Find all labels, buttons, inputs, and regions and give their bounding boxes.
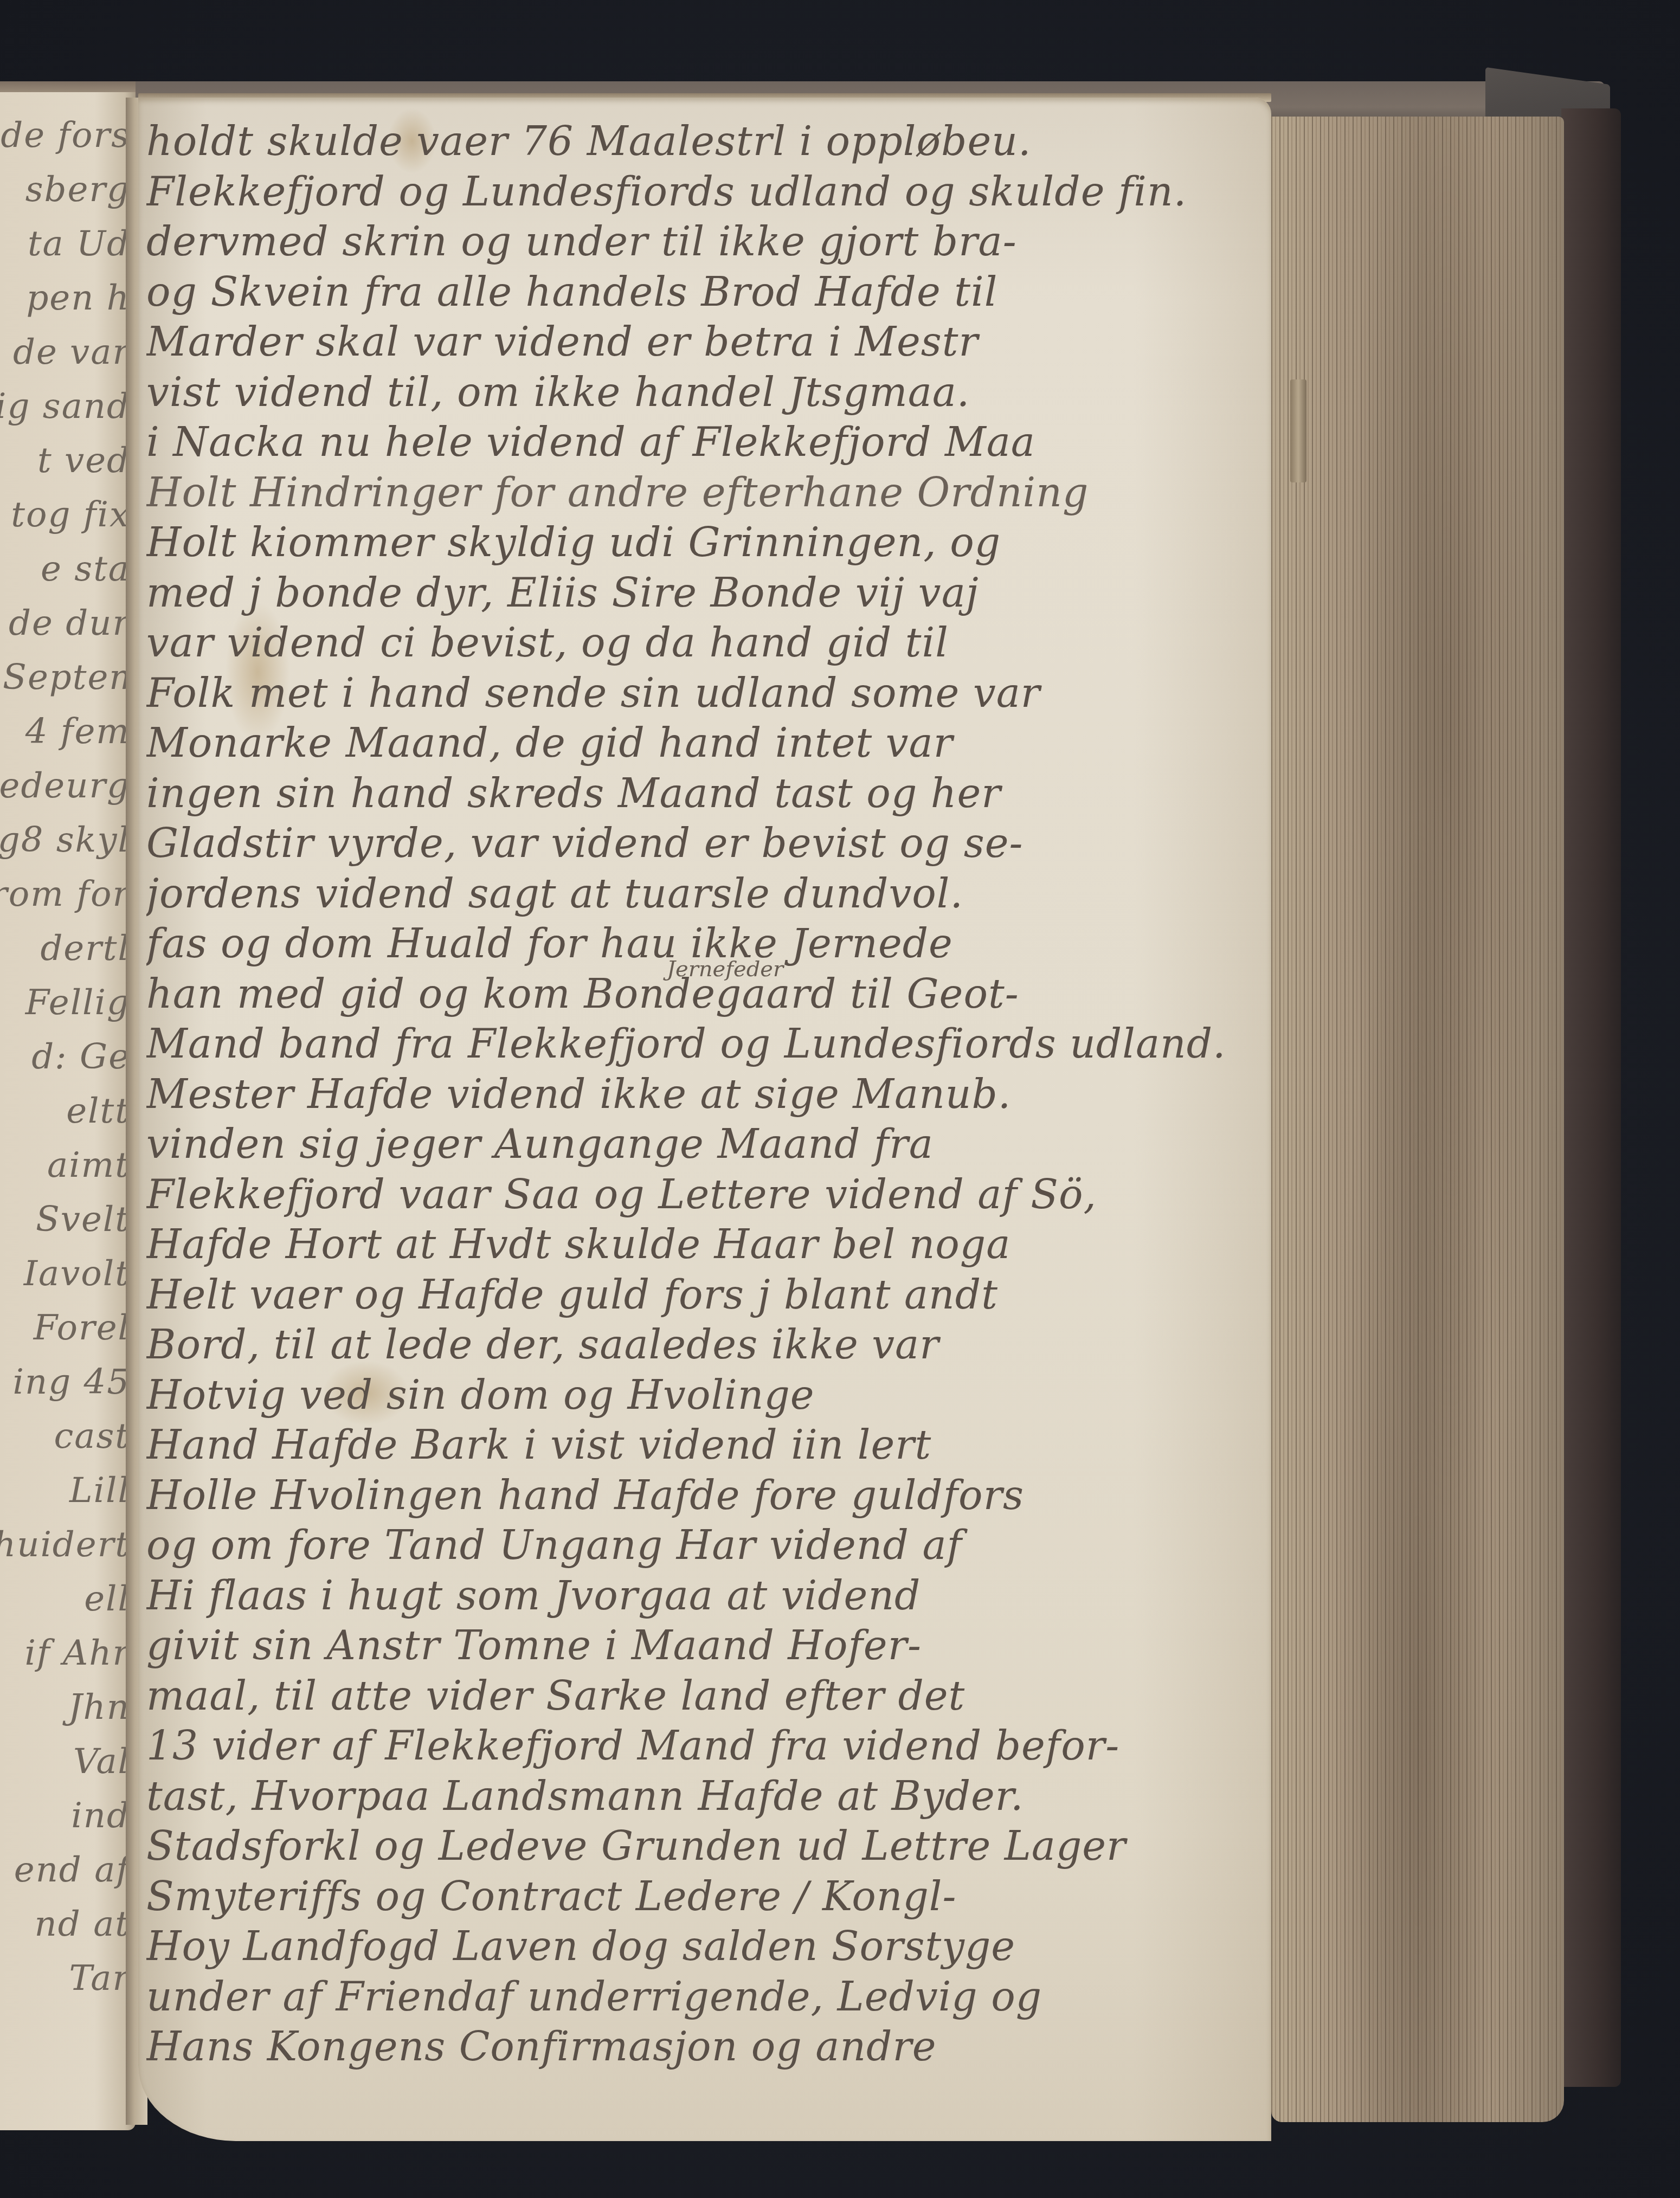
manuscript-line: under af Friendaf underrigende, Ledvig o… xyxy=(146,1972,1263,2022)
left-page-text: ede fors sberg ta Ud pen h de var ig san… xyxy=(0,108,130,2103)
left-line: de dur xyxy=(0,596,130,650)
manuscript-line: med j bonde dyr, Eliis Sire Bonde vij va… xyxy=(146,568,1263,618)
left-line: Iavolt xyxy=(0,1247,130,1301)
manuscript-line: maal, til atte vider Sarke land efter de… xyxy=(146,1671,1263,1722)
left-line: nd at xyxy=(0,1897,130,1951)
manuscript-line: vinden sig jeger Aungange Maand fra xyxy=(146,1119,1263,1170)
manuscript-line: ingen sin hand skreds Maand tast og her xyxy=(146,769,1263,819)
page-fore-edge xyxy=(1271,117,1564,2122)
manuscript-line: vist vidend til, om ikke handel Jtsgmaa. xyxy=(146,368,1263,418)
manuscript-line: Hotvig ved sin dom og Hvolinge xyxy=(146,1370,1263,1421)
left-line: Lill xyxy=(0,1464,130,1518)
left-line: Tar xyxy=(0,1951,130,2006)
manuscript-line: Folk met i hand sende sin udland some va… xyxy=(146,668,1263,719)
left-line: if Ahr xyxy=(0,1626,130,1680)
left-line: ind xyxy=(0,1789,130,1843)
manuscript-line: Holt Hindringer for andre efterhane Ordn… xyxy=(146,468,1263,518)
bookmark-tab xyxy=(1290,379,1306,482)
manuscript-line: Smyteriffs og Contract Ledere / Kongl- xyxy=(146,1872,1263,1922)
left-line: ig sand xyxy=(0,379,130,434)
left-line: ir tog fix xyxy=(0,488,130,542)
left-line: dertl xyxy=(0,921,130,976)
book-cover-side xyxy=(1561,108,1621,2087)
manuscript-line: og om fore Tand Ungang Har vidend af xyxy=(146,1520,1263,1571)
left-line: ta Ud xyxy=(0,217,130,271)
manuscript-line: Hand Hafde Bark i vist vidend iin lert xyxy=(146,1420,1263,1471)
left-line: ing 45 xyxy=(0,1355,130,1409)
left-line: pen h xyxy=(0,271,130,325)
manuscript-line: Hi flaas i hugt som Jvorgaa at vidend xyxy=(146,1571,1263,1621)
left-line: g8 skyl xyxy=(0,813,130,867)
manuscript-line: og Skvein fra alle handels Brod Hafde ti… xyxy=(146,267,1263,318)
manuscript-line: givit sin Anstr Tomne i Maand Hofer- xyxy=(146,1621,1263,1671)
manuscript-line: Holle Hvolingen hand Hafde fore guldfors xyxy=(146,1471,1263,1521)
left-line: Forel xyxy=(0,1301,130,1355)
left-line: Jhn xyxy=(0,1680,130,1735)
manuscript-line: Marder skal var vidend er betra i Mestr xyxy=(146,317,1263,368)
manuscript-line: Helt vaer og Hafde guld fors j blant and… xyxy=(146,1270,1263,1320)
left-line: Val xyxy=(0,1735,130,1789)
manuscript-line: Monarke Maand, de gid hand intet var xyxy=(146,718,1263,769)
left-line: d: Ge xyxy=(0,1030,130,1084)
left-line: sberg xyxy=(0,163,130,217)
left-line: huidert xyxy=(0,1518,130,1572)
left-line: Fellig xyxy=(0,976,130,1030)
manuscript-line: Holt kiommer skyldig udi Grinningen, og xyxy=(146,518,1263,568)
manuscript-line: dervmed skrin og under til ikke gjort br… xyxy=(146,217,1263,267)
manuscript-line: jordens vidend sagt at tuarsle dundvol. xyxy=(146,869,1263,919)
manuscript-line: Stadsforkl og Ledeve Grunden ud Lettre L… xyxy=(146,1821,1263,1872)
left-line: aimt xyxy=(0,1138,130,1193)
manuscript-line: Gladstir vyrde, var vidend er bevist og … xyxy=(146,818,1263,869)
left-line: Ledeurg xyxy=(0,759,130,813)
left-line: Svelt xyxy=(0,1193,130,1247)
manuscript-line: holdt skulde vaer 76 Maalestrl i oppløbe… xyxy=(146,117,1263,167)
manuscript-line: Flekkefjord vaar Saa og Lettere vidend a… xyxy=(146,1170,1263,1220)
left-line: e sta xyxy=(0,542,130,596)
manuscript-text: holdt skulde vaer 76 Maalestrl i oppløbe… xyxy=(146,117,1263,2072)
interlinear-note: Jernefeder xyxy=(667,957,783,982)
manuscript-line: Mand band fra Flekkefjord og Lundesfiord… xyxy=(146,1019,1263,1069)
left-line: cast xyxy=(0,1409,130,1464)
manuscript-line: Mester Hafde vidend ikke at sige Manub. xyxy=(146,1069,1263,1120)
manuscript-line: Hans Kongens Confirmasjon og andre xyxy=(146,2022,1263,2072)
manuscript-line: Hafde Hort at Hvdt skulde Haar bel noga xyxy=(146,1220,1263,1270)
manuscript-line: tast, Hvorpaa Landsmann Hafde at Byder. xyxy=(146,1771,1263,1822)
left-line: eltt xyxy=(0,1084,130,1138)
left-line: from for xyxy=(0,867,130,921)
left-line: t ved xyxy=(0,434,130,488)
manuscript-line: i Nacka nu hele vidend af Flekkefjord Ma… xyxy=(146,417,1263,468)
manuscript-line: Hoy Landfogd Laven dog salden Sorstyge xyxy=(146,1922,1263,1972)
left-line: ede fors xyxy=(0,108,130,163)
left-line: ell xyxy=(0,1572,130,1626)
manuscript-line: var vidend ci bevist, og da hand gid til xyxy=(146,618,1263,668)
manuscript-line: Flekkefjord og Lundesfiords udland og sk… xyxy=(146,167,1263,217)
left-line: 4 fem xyxy=(0,705,130,759)
manuscript-line: Bord, til at lede der, saaledes ikke var xyxy=(146,1320,1263,1370)
left-line: 8 Septem xyxy=(0,650,130,705)
manuscript-line: 13 vider af Flekkefjord Mand fra vidend … xyxy=(146,1721,1263,1771)
left-line: de var xyxy=(0,325,130,379)
left-line: end af xyxy=(0,1843,130,1897)
